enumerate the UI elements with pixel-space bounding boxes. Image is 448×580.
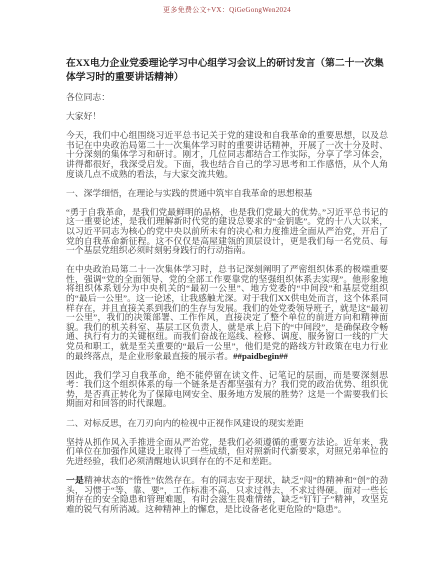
section2-paragraph-2: 一是精神状态的“惰性”依然存在。有的同志安于现状，缺乏“闯”的精神和“创”的劲头…	[66, 476, 388, 514]
watermark-text: 更多免费公文+VX：QiGeGongWen2024	[66, 6, 388, 15]
document-title: 在XX电力企业党委理论学习中心组学习会议上的研讨发言（第二十一次集体学习时的重要…	[66, 57, 388, 85]
item-one-lead: 一是	[66, 475, 84, 485]
section2-paragraph-1: 坚持从抓作风入手推进全面从严治党，是我们必须遵循的重要方法论。近年来，我们单位在…	[66, 438, 388, 467]
section1-paragraph-2-text: 在中央政治局第二十一次集体学习时，总书记深刻阐明了严密组织体系的极端重要性，强调…	[66, 264, 388, 360]
section1-paragraph-3: 因此，我们学习自我革命，绝不能停留在读文件、记笔记的层面，而是要深刻思考：我们这…	[66, 371, 388, 409]
section2-paragraph-2-text: 精神状态的“惰性”依然存在。有的同志安于现状，缺乏“闯”的精神和“创”的劲头，习…	[66, 475, 388, 514]
greeting: 大家好！	[66, 112, 388, 122]
section1-paragraph-1: “勇于自我革命，是我们党最鲜明的品格，也是我们党最大的优势。”习近平总书记的这一…	[66, 208, 388, 256]
paid-begin-marker: ##paidbegin##	[233, 351, 288, 361]
section2-heading: 二、对标反思，在刀刃向内的检视中正视作风建设的现实差距	[66, 419, 388, 429]
intro-paragraph: 今天，我们中心组围绕习近平总书记关于党的建设和自我革命的重要思想，以及总书记在中…	[66, 131, 388, 179]
document-page: 更多免费公文+VX：QiGeGongWen2024 在XX电力企业党委理论学习中…	[0, 0, 448, 580]
section1-heading: 一、深学细悟，在理论与实践的贯通中筑牢自我革命的思想根基	[66, 189, 388, 199]
salutation: 各位同志：	[66, 93, 388, 103]
section1-paragraph-2: 在中央政治局第二十一次集体学习时，总书记深刻阐明了严密组织体系的极端重要性，强调…	[66, 265, 388, 361]
